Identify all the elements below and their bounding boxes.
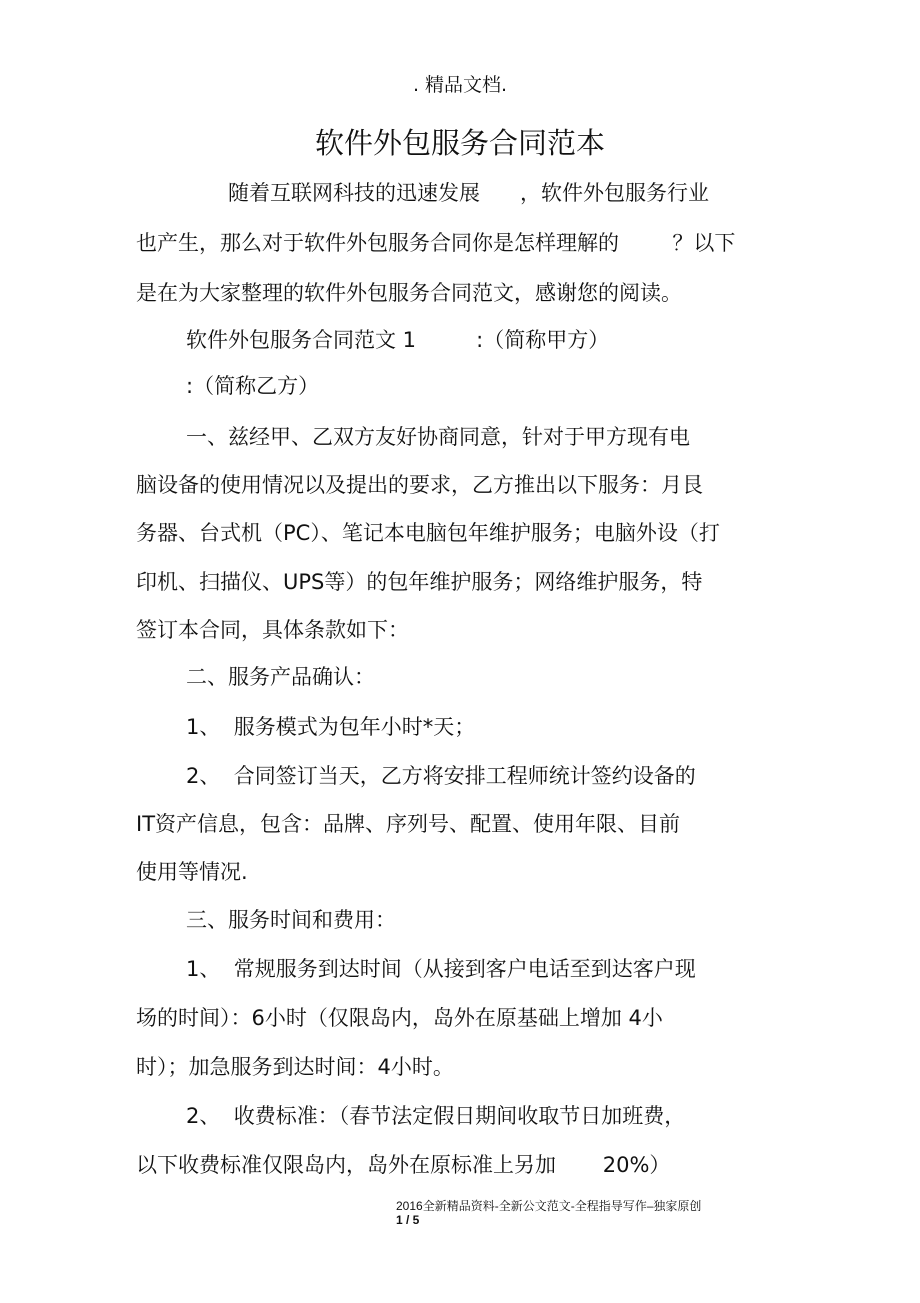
paragraph-line: 2、 收费标准：（春节法定假日期间收取节日加班费，	[186, 1103, 685, 1129]
page-number: 1 / 5	[396, 1213, 419, 1227]
paragraph-line: 务器、台式机（PC）、笔记本电脑包年维护服务；电脑外设（打	[136, 520, 720, 546]
paragraph-line: 1、 服务模式为包年小时*天；	[186, 714, 475, 740]
paragraph-line: 二、服务产品确认：	[186, 664, 375, 690]
paragraph-line: :（简称乙方）	[186, 373, 319, 399]
paragraph-line: 是在为大家整理的软件外包服务合同范文，感谢您的阅读。	[136, 280, 682, 306]
footer-text: 2016全新精品资料-全新公文范文-全程指导写作–独家原创	[396, 1199, 701, 1213]
paragraph-line: 一、兹经甲、乙双方友好协商同意，针对于甲方现有电	[186, 424, 690, 450]
header-note: . 精品文档.	[0, 72, 920, 98]
paragraph-line: 软件外包服务合同范文 1 :（简称甲方）	[186, 327, 609, 353]
paragraph-line: 1、 常规服务到达时间（从接到客户电话至到达客户现	[186, 956, 696, 982]
paragraph-line: 随着互联网科技的迅速发展 ，软件外包服务行业	[228, 180, 709, 206]
paragraph-line: 2、 合同签订当天，乙方将安排工程师统计签约设备的	[186, 763, 696, 789]
paragraph-line: 时）；加急服务到达时间：4小时。	[136, 1054, 454, 1080]
paragraph-line: 也产生，那么对于软件外包服务合同你是怎样理解的 ？以下	[136, 230, 735, 256]
paragraph-line: IT资产信息，包含：品牌、序列号、配置、使用年限、目前	[136, 811, 680, 837]
paragraph-line: 印机、扫描仪、UPS等）的包年维护服务；网络维护服务，特	[136, 569, 702, 595]
document-title: 软件外包服务合同范本	[0, 124, 920, 162]
paragraph-line: 以下收费标准仅限岛内，岛外在原标准上另加 20%）	[136, 1152, 670, 1178]
paragraph-line: 场的时间）：6小时（仅限岛内，岛外在原基础上增加 4小	[136, 1005, 663, 1031]
paragraph-line: 使用等情况.	[136, 859, 248, 885]
paragraph-line: 脑设备的使用情况以及提出的要求，乙方推出以下服务：月艮	[136, 472, 703, 498]
paragraph-line: 三、服务时间和费用：	[186, 907, 396, 933]
paragraph-line: 签订本合同，具体条款如下：	[136, 617, 409, 643]
